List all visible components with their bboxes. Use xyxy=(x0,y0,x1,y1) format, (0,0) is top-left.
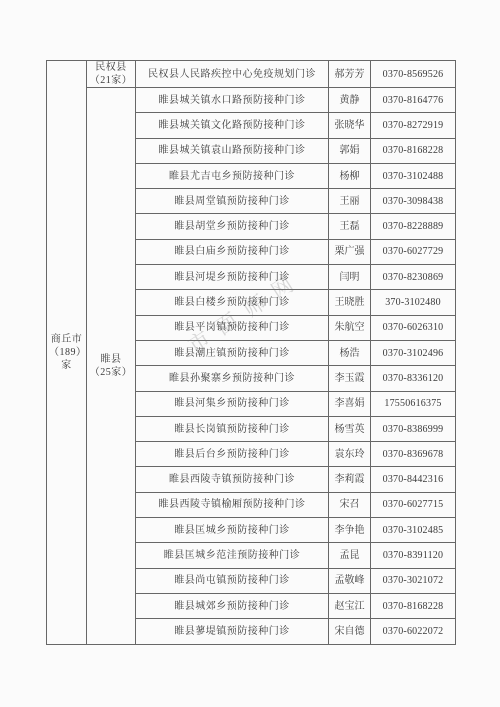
clinic-name-cell: 睢县长岗镇预防接种门诊 xyxy=(136,416,329,441)
contact-name-cell: 李喜娟 xyxy=(329,391,371,416)
clinic-name-cell: 睢县后台乡预防接种门诊 xyxy=(136,442,329,467)
contact-name-cell: 宋召 xyxy=(329,492,371,517)
contact-name-cell: 黄静 xyxy=(329,88,371,113)
phone-number-cell: 0370-6027729 xyxy=(371,239,456,264)
clinic-name-cell: 睢县河堤乡预防接种门诊 xyxy=(136,265,329,290)
contact-name-cell: 杨浩 xyxy=(329,340,371,365)
clinic-name-cell: 睢县城郊乡预防接种门诊 xyxy=(136,593,329,618)
phone-number-cell: 0370-8386999 xyxy=(371,416,456,441)
clinic-name-cell: 睢县西陵寺镇预防接种门诊 xyxy=(136,467,329,492)
contact-name-cell: 杨雪英 xyxy=(329,416,371,441)
phone-number-cell: 0370-8230869 xyxy=(371,265,456,290)
clinic-name-cell: 睢县匡城乡预防接种门诊 xyxy=(136,518,329,543)
phone-number-cell: 0370-3021072 xyxy=(371,568,456,593)
clinic-name-cell: 睢县尤吉屯乡预防接种门诊 xyxy=(136,163,329,188)
contact-name-cell: 李玉霞 xyxy=(329,366,371,391)
phone-number-cell: 0370-8369678 xyxy=(371,442,456,467)
contact-name-cell: 郝芳芳 xyxy=(329,61,371,88)
contact-name-cell: 王丽 xyxy=(329,189,371,214)
contact-name-cell: 王晓胜 xyxy=(329,290,371,315)
clinic-name-cell: 睢县城关镇水口路预防接种门诊 xyxy=(136,88,329,113)
contact-name-cell: 张晓华 xyxy=(329,113,371,138)
phone-number-cell: 0370-8272919 xyxy=(371,113,456,138)
clinic-table-body: 商丘市 （189） 家民权县 （21家）民权县人民路疾控中心免疫规划门诊郝芳芳0… xyxy=(47,61,456,645)
contact-name-cell: 王磊 xyxy=(329,214,371,239)
contact-name-cell: 孟昆 xyxy=(329,543,371,568)
phone-number-cell: 0370-8164776 xyxy=(371,88,456,113)
phone-number-cell: 0370-6022072 xyxy=(371,619,456,644)
phone-number-cell: 0370-3102488 xyxy=(371,163,456,188)
table-row: 商丘市 （189） 家民权县 （21家）民权县人民路疾控中心免疫规划门诊郝芳芳0… xyxy=(47,61,456,88)
clinic-table: 商丘市 （189） 家民权县 （21家）民权县人民路疾控中心免疫规划门诊郝芳芳0… xyxy=(46,60,456,645)
contact-name-cell: 郭娟 xyxy=(329,138,371,163)
clinic-name-cell: 睢县孙聚寨乡预防接种门诊 xyxy=(136,366,329,391)
contact-name-cell: 朱航空 xyxy=(329,315,371,340)
phone-number-cell: 0370-6026310 xyxy=(371,315,456,340)
phone-number-cell: 0370-8569526 xyxy=(371,61,456,88)
clinic-name-cell: 睢县蓼堤镇预防接种门诊 xyxy=(136,619,329,644)
contact-name-cell: 赵宝江 xyxy=(329,593,371,618)
phone-number-cell: 0370-3102485 xyxy=(371,518,456,543)
clinic-name-cell: 睢县平岗镇预防接种门诊 xyxy=(136,315,329,340)
clinic-name-cell: 民权县人民路疾控中心免疫规划门诊 xyxy=(136,61,329,88)
clinic-name-cell: 睢县城关镇袁山路预防接种门诊 xyxy=(136,138,329,163)
clinic-name-cell: 睢县胡堂乡预防接种门诊 xyxy=(136,214,329,239)
clinic-name-cell: 睢县潮庄镇预防接种门诊 xyxy=(136,340,329,365)
contact-name-cell: 李争艳 xyxy=(329,518,371,543)
contact-name-cell: 李莉霞 xyxy=(329,467,371,492)
phone-number-cell: 0370-3102496 xyxy=(371,340,456,365)
clinic-name-cell: 睢县周堂镇预防接种门诊 xyxy=(136,189,329,214)
clinic-name-cell: 睢县西陵寺镇榆厢预防接种门诊 xyxy=(136,492,329,517)
phone-number-cell: 0370-6027715 xyxy=(371,492,456,517)
county-cell-0: 民权县 （21家） xyxy=(87,61,136,88)
clinic-name-cell: 睢县尚屯镇预防接种门诊 xyxy=(136,568,329,593)
table-row: 睢县 （25家）睢县城关镇水口路预防接种门诊黄静0370-8164776 xyxy=(47,88,456,113)
phone-number-cell: 17550616375 xyxy=(371,391,456,416)
contact-name-cell: 袁东玲 xyxy=(329,442,371,467)
document-page: 市面师网 商丘市 （189） 家民权县 （21家）民权县人民路疾控中心免疫规划门… xyxy=(0,0,500,707)
contact-name-cell: 宋自德 xyxy=(329,619,371,644)
contact-name-cell: 闫明 xyxy=(329,265,371,290)
clinic-name-cell: 睢县白楼乡预防接种门诊 xyxy=(136,290,329,315)
clinic-name-cell: 睢县白庙乡预防接种门诊 xyxy=(136,239,329,264)
phone-number-cell: 0370-8168228 xyxy=(371,593,456,618)
phone-number-cell: 0370-8391120 xyxy=(371,543,456,568)
clinic-name-cell: 睢县河集乡预防接种门诊 xyxy=(136,391,329,416)
clinic-name-cell: 睢县城关镇文化路预防接种门诊 xyxy=(136,113,329,138)
clinic-table-container: 商丘市 （189） 家民权县 （21家）民权县人民路疾控中心免疫规划门诊郝芳芳0… xyxy=(46,60,456,645)
contact-name-cell: 栗广强 xyxy=(329,239,371,264)
clinic-name-cell: 睢县匡城乡范洼预防接种门诊 xyxy=(136,543,329,568)
phone-number-cell: 0370-8442316 xyxy=(371,467,456,492)
contact-name-cell: 杨柳 xyxy=(329,163,371,188)
contact-name-cell: 孟敬峰 xyxy=(329,568,371,593)
phone-number-cell: 0370-3098438 xyxy=(371,189,456,214)
phone-number-cell: 0370-8336120 xyxy=(371,366,456,391)
city-cell: 商丘市 （189） 家 xyxy=(47,61,87,645)
county-cell-1: 睢县 （25家） xyxy=(87,88,136,645)
phone-number-cell: 0370-8168228 xyxy=(371,138,456,163)
phone-number-cell: 370-3102480 xyxy=(371,290,456,315)
phone-number-cell: 0370-8228889 xyxy=(371,214,456,239)
